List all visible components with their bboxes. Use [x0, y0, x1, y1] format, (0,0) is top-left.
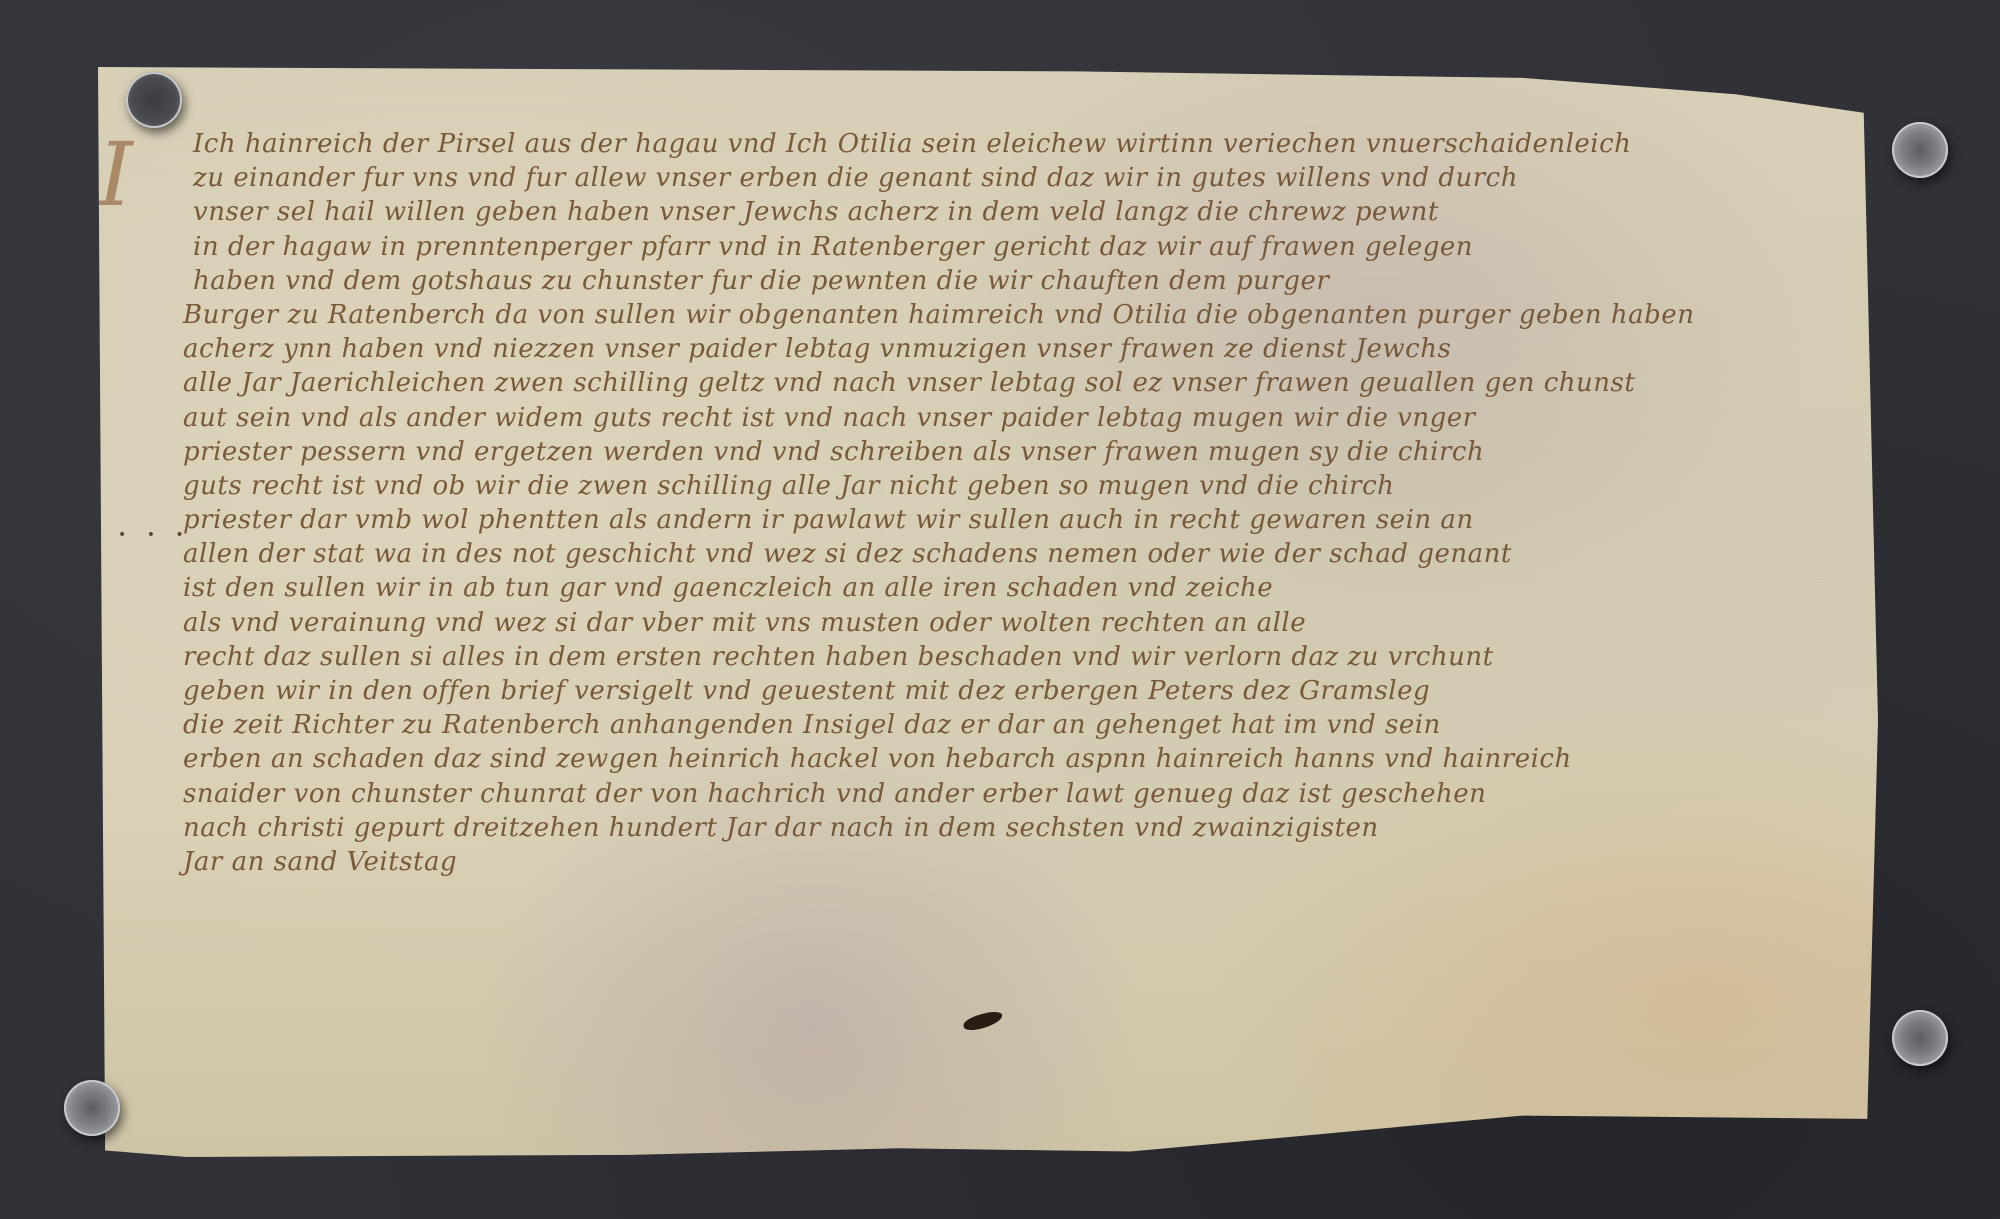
ink-stain: [962, 1009, 1004, 1032]
text-line-12: priester dar vmb wol phentten als andern…: [153, 503, 1803, 537]
text-line-9: aut sein vnd als ander widem guts recht …: [153, 401, 1803, 435]
text-line-20: snaider von chunster chunrat der von hac…: [153, 777, 1803, 811]
text-line-7: acherz ynn haben vnd niezzen vnser paide…: [153, 332, 1803, 366]
magnet-top-right: [1892, 122, 1948, 178]
text-line-8: alle Jar Jaerichleichen zwen schilling g…: [153, 366, 1803, 400]
text-line-11: guts recht ist vnd ob wir die zwen schil…: [153, 469, 1803, 503]
decorated-initial: I: [98, 123, 133, 226]
magnet-top-left: [126, 72, 182, 128]
magnet-bottom-right: [1892, 1010, 1948, 1066]
charter-text: Ich hainreich der Pirsel aus der hagau v…: [153, 127, 1803, 879]
magnet-bottom-left: [64, 1080, 120, 1136]
text-line-19: erben an schaden daz sind zewgen heinric…: [153, 742, 1803, 776]
text-line-6: Burger zu Ratenberch da von sullen wir o…: [153, 298, 1803, 332]
text-line-14: ist den sullen wir in ab tun gar vnd gae…: [153, 571, 1803, 605]
parchment-charter: I • • • Ich hainreich der Pirsel aus der…: [98, 67, 1878, 1157]
text-line-5: haben vnd dem gotshaus zu chunster fur d…: [153, 264, 1803, 298]
text-line-18: die zeit Richter zu Ratenberch anhangend…: [153, 708, 1803, 742]
text-line-15: als vnd verainung vnd wez si dar vber mi…: [153, 606, 1803, 640]
text-line-17: geben wir in den offen brief versigelt v…: [153, 674, 1803, 708]
text-line-4: in der hagaw in prenntenperger pfarr vnd…: [153, 230, 1803, 264]
text-line-2: zu einander fur vns vnd fur allew vnser …: [153, 161, 1803, 195]
text-line-13: allen der stat wa in des not geschicht v…: [153, 537, 1803, 571]
text-line-21: nach christi gepurt dreitzehen hundert J…: [153, 811, 1803, 845]
text-line-3: vnser sel hail willen geben haben vnser …: [153, 195, 1803, 229]
text-line-16: recht daz sullen si alles in dem ersten …: [153, 640, 1803, 674]
text-line-1: Ich hainreich der Pirsel aus der hagau v…: [153, 127, 1803, 161]
text-line-22: Jar an sand Veitstag: [153, 845, 1803, 879]
text-line-10: priester pessern vnd ergetzen werden vnd…: [153, 435, 1803, 469]
